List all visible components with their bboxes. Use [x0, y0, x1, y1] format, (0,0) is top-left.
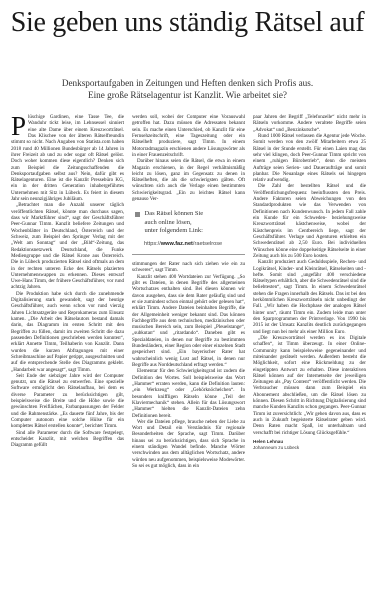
online-puzzle-infobox: Das Rätsel können Sie auch online lösen,…	[132, 208, 245, 255]
author-school: Johanneum zu Lübeck	[253, 445, 366, 451]
paragraph: Rund 1000 Rätsel verlassen die Agentur j…	[253, 133, 366, 184]
infobox-line: Das Rätsel können Sie	[145, 210, 246, 218]
paragraph: stimmungen der Rater nach sich ziehen wi…	[132, 261, 245, 274]
paragraph: Plüschige Gardinen, eine Tasse Tee, die …	[11, 114, 124, 202]
paragraph: Sind alle Parameter durch die Software f…	[11, 430, 124, 449]
paragraph-text: lüschige Gardinen, eine Tasse Tee, die W…	[11, 114, 124, 202]
link-domain: www.faz.net	[161, 241, 193, 247]
square-bullet-icon	[135, 212, 140, 217]
paragraph: paar Jahren der Begriff „Telefonzelle“ n…	[253, 114, 366, 133]
paragraph: Kanzlit stehen 400 Wortdateien zur Verfü…	[132, 274, 245, 369]
column-2: werden soll, wobei der Computer eine Vor…	[132, 114, 245, 469]
newspaper-page: Sie geben uns ständig Rätsel auf Denkspo…	[0, 0, 375, 600]
paragraph: „Betrachtet man die Anzahl unserer tägli…	[11, 202, 124, 290]
infobox-line: auch online lösen,	[145, 219, 246, 227]
headline: Sie geben uns ständig Rätsel auf	[0, 8, 375, 37]
paragraph: Darüber hinaus seien die Rätsel, die etw…	[132, 158, 245, 202]
paragraph: Die Produktion habe sich durch die zuneh…	[11, 291, 124, 373]
headline-text: Sie geben uns ständig Rätsel auf	[11, 7, 365, 38]
infobox-text: Das Rätsel können Sie auch online lösen,…	[145, 210, 246, 235]
paragraph: werden soll, wobei der Computer eine Vor…	[132, 114, 245, 158]
paragraph: „Die Kreuzworträtsel werden es ins Digit…	[253, 335, 366, 436]
column-1: Plüschige Gardinen, eine Tasse Tee, die …	[11, 114, 124, 469]
drop-cap: P	[11, 115, 26, 137]
link-prefix: https://	[144, 241, 161, 247]
subhead-line-1: Denksportaufgaben in Zeitungen und Hefte…	[0, 78, 375, 90]
paragraph: Seit Ende der siebziger Jahre wird der C…	[11, 373, 124, 430]
paragraph: Die Zahl der bestellten Rätsel und die V…	[253, 183, 366, 259]
column-3: paar Jahren der Begriff „Telefonzelle“ n…	[253, 114, 366, 469]
infobox-row: Das Rätsel können Sie auch online lösen,…	[132, 210, 245, 235]
author-byline: Helen Lehnau Johanneum zu Lübeck	[253, 439, 366, 451]
subheadline: Denksportaufgaben in Zeitungen und Hefte…	[0, 78, 375, 101]
subhead-line-2: Eine große Rätselagentur ist Kanzlit. Wi…	[0, 90, 375, 102]
article-body: Plüschige Gardinen, eine Tasse Tee, die …	[11, 114, 366, 469]
online-puzzle-link[interactable]: https://www.faz.net/raetselrose	[144, 240, 245, 248]
infobox-line: unter folgendem Link:	[145, 227, 246, 235]
link-path: /raetselrose	[193, 241, 222, 247]
paragraph: Elementar für den Schwierigkeitsgrad ist…	[132, 368, 245, 419]
paragraph: Wer die Dateien pflege, brauche neben de…	[132, 419, 245, 470]
paragraph: Kanzlit produziert auch Geduldsspiele, R…	[253, 259, 366, 335]
